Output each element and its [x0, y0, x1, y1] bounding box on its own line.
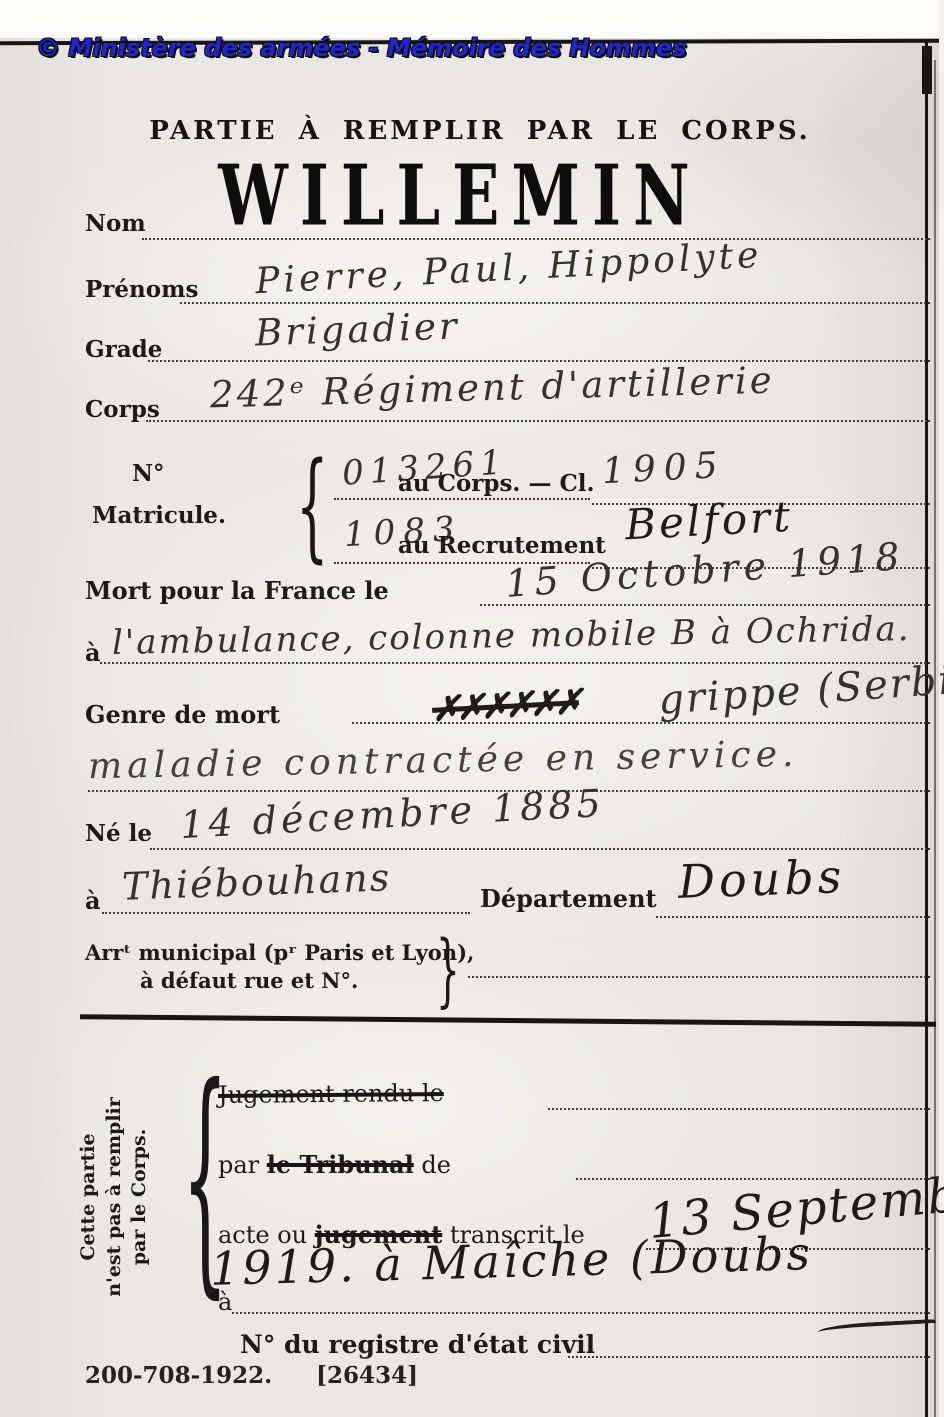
- ne-le-label: Né le: [85, 820, 152, 847]
- transcrit-dotted: [232, 1312, 930, 1314]
- prenoms-label: Prénoms: [85, 276, 198, 303]
- prenoms-value: Pierre, Paul, Hippolyte: [254, 235, 763, 303]
- departement-value: Doubs: [677, 849, 846, 909]
- section-divider-rule: [80, 1014, 936, 1026]
- form-title: PARTIE À REMPLIR PAR LE CORPS.: [80, 116, 880, 146]
- mort-label: Mort pour la France le: [85, 576, 389, 605]
- matricule-corps-dotted: [334, 498, 590, 500]
- side-note-line1: Cette partie: [76, 1067, 102, 1327]
- corps-dotted-line: [146, 420, 930, 422]
- mort-date-dotted: [480, 604, 930, 606]
- grade-dotted-line: [148, 360, 930, 362]
- mort-lieu-value: l'ambulance, colonne mobile B à Ochrida.: [112, 609, 911, 663]
- footer-row: 200-708-1922. [26434]: [85, 1362, 418, 1389]
- jugement-dotted: [548, 1108, 930, 1110]
- side-note-vertical: Cette partie n'est pas à remplir par le …: [76, 1067, 160, 1327]
- au-recrutement-label: au Recrutement: [398, 532, 606, 559]
- naissance-a-label: à: [85, 886, 101, 915]
- prenoms-dotted-line: [180, 302, 930, 304]
- departement-dotted: [656, 916, 930, 918]
- recrutement-place-value: Belfort: [624, 492, 794, 550]
- surname-value: WILLEMIN: [150, 146, 770, 245]
- side-note-line3: par le Corps.: [127, 1067, 153, 1327]
- matricule-label-line1: N°: [132, 460, 165, 487]
- mort-a-label: à: [85, 638, 101, 667]
- jugement-label: Jugement rendu le: [218, 1079, 444, 1109]
- arrt-dotted: [468, 976, 930, 978]
- departement-label: Département: [480, 884, 657, 913]
- grade-label: Grade: [85, 336, 162, 363]
- naissance-lieu-dotted: [102, 912, 470, 914]
- nom-label: Nom: [85, 210, 146, 237]
- top-margin: [0, 0, 944, 38]
- genre-mort-value-line2: maladie contractée en service.: [88, 734, 799, 787]
- de-label: de: [421, 1151, 451, 1179]
- registre-label: N° du registre d'état civil: [240, 1330, 595, 1359]
- au-corps-label: au Corps. — Cl.: [398, 470, 595, 497]
- death-record-scan: © Ministère des armées - Mémoire des Hom…: [0, 0, 944, 1417]
- matricule-label-line2: Matricule.: [92, 502, 226, 529]
- par-label: par: [218, 1151, 259, 1179]
- tribunal-row: par le Tribunal de: [218, 1150, 451, 1179]
- registre-dotted: [568, 1356, 930, 1358]
- corps-value: 242ᵉ Régiment d'artillerie: [210, 359, 776, 417]
- tribunal-struck-label: le Tribunal: [267, 1150, 414, 1179]
- corps-label: Corps: [85, 396, 160, 423]
- genre-mort-dotted: [352, 722, 930, 724]
- classe-value: 1905: [601, 445, 727, 492]
- side-note-line2: n'est pas à remplir: [102, 1067, 128, 1327]
- genre-mort-value: grippe (Serbie): [657, 654, 944, 724]
- footer-reference: 200-708-1922.: [85, 1362, 272, 1389]
- grade-value: Brigadier: [254, 304, 460, 354]
- naissance-lieu-value: Thiébouhans: [121, 855, 392, 908]
- pen-flourish: [818, 1319, 937, 1339]
- nom-dotted-line: [142, 238, 930, 240]
- arrt-label-line2: à défaut rue et N°.: [140, 968, 358, 993]
- arrt-brace-icon: }: [436, 932, 460, 1011]
- right-edge-blob: [922, 46, 932, 94]
- footer-bracket: [26434]: [316, 1362, 418, 1389]
- arrt-label-line1: Arrᵗ municipal (pʳ Paris et Lyon),: [85, 940, 474, 965]
- watermark-credit: © Ministère des armées - Mémoire des Hom…: [36, 34, 687, 62]
- matricule-brace-icon: {: [296, 448, 329, 566]
- mort-lieu-dotted: [100, 662, 930, 664]
- genre-mort-label: Genre de mort: [85, 700, 280, 729]
